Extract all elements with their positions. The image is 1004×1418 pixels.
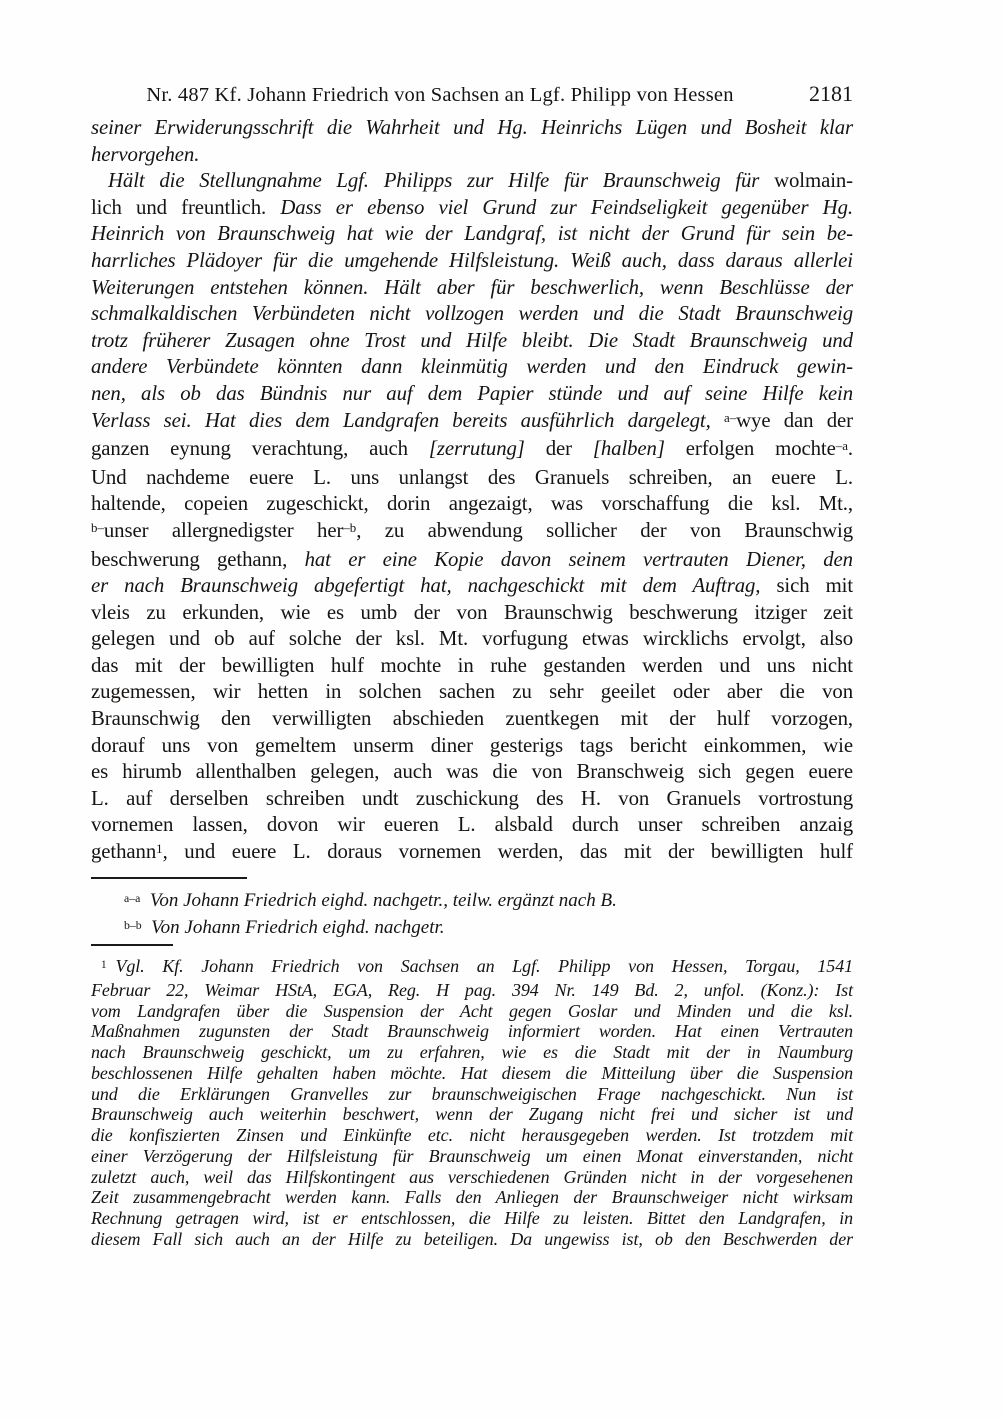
main-text-line: L. auf derselben schreiben undt zuschick… <box>91 786 853 813</box>
superscript-note-marker: a–a <box>124 892 140 905</box>
apparatus-note: b–b Von Johann Friedrich eighd. nachgetr… <box>91 915 853 942</box>
footnote-line: Rechnung getragen wird, ist er entschlos… <box>91 1208 853 1229</box>
text-run: L. auf derselben schreiben undt zuschick… <box>91 787 853 810</box>
text-run: nach Braunschweig geschickt, um zu erfah… <box>91 1042 853 1062</box>
text-run: Heinrich von Braunschweig hat wie der La… <box>91 222 853 245</box>
main-text-line: Verlass sei. Hat dies dem Landgrafen ber… <box>91 408 853 437</box>
footnote-line: diesem Fall sich auch an der Hilfe zu be… <box>91 1229 853 1250</box>
footnote-line: die konfiszierten Zinsen und Einkünfte e… <box>91 1125 853 1146</box>
main-text-line: lich und freuntlich. Dass er ebenso viel… <box>91 195 853 222</box>
superscript-note-marker: –a <box>836 439 848 453</box>
footnote-line: beschlossenen Hilfe gehalten haben möcht… <box>91 1063 853 1084</box>
main-text-line: zugemessen, wir hetten in solchen sachen… <box>91 679 853 706</box>
text-run: einer Verzögerung der Hilfsleistung für … <box>91 1146 853 1166</box>
text-run: beschlossenen Hilfe gehalten haben möcht… <box>91 1063 853 1083</box>
text-run: nen, als ob das Bündnis nur auf dem Papi… <box>91 382 853 405</box>
text-run: Braunschweig auch weiterhin beschwert, w… <box>91 1104 853 1124</box>
text-run: Von Johann Friedrich eighd. nachgetr., t… <box>140 890 617 911</box>
footnote-line: zuletzt auch, weil das Hilfskontingent a… <box>91 1167 853 1188</box>
main-text-line: nen, als ob das Bündnis nur auf dem Papi… <box>91 381 853 408</box>
running-header-title: Nr. 487 Kf. Johann Friedrich von Sachsen… <box>91 83 789 107</box>
text-run: Rechnung getragen wird, ist er entschlos… <box>91 1208 853 1228</box>
text-run: diesem Fall sich auch an der Hilfe zu be… <box>91 1229 853 1249</box>
text-run: dorauf uns von gemeltem unserm diner ges… <box>91 734 853 757</box>
footnote-line: einer Verzögerung der Hilfsleistung für … <box>91 1146 853 1167</box>
superscript-note-marker: –b <box>343 521 356 535</box>
main-text-line: Hält die Stellungnahme Lgf. Philipps zur… <box>91 168 853 195</box>
text-run: beschwerung gethann, <box>91 548 305 571</box>
main-text: seiner Erwiderungsschrift die Wahrheit u… <box>91 115 853 868</box>
text-run: das mit der bewilligten hulf mochte in r… <box>91 654 853 677</box>
main-text-line: haltende, copeien zugeschickt, dorin ang… <box>91 491 853 518</box>
text-run: unser allergnedigster her <box>104 519 343 542</box>
text-run: Verlass sei. Hat dies dem Landgrafen ber… <box>91 409 724 432</box>
main-text-line: Und nachdeme euere L. uns unlangst des G… <box>91 465 853 492</box>
footnote-line: und die Erklärungen Granvelles zur braun… <box>91 1084 853 1105</box>
text-run: Dass er ebenso viel Grund zur Feindselig… <box>280 196 853 219</box>
text-run: wolmain- <box>774 169 853 192</box>
superscript-note-marker: a– <box>724 411 736 425</box>
footnote-line: nach Braunschweig geschickt, um zu erfah… <box>91 1042 853 1063</box>
text-run: , und euere L. doraus vornemen werden, d… <box>163 840 853 863</box>
text-run: hervorgehen. <box>91 143 199 166</box>
footnote-separator-rule <box>91 944 173 946</box>
main-text-line: ganzen eynung verachtung, auch [zerrutun… <box>91 436 853 465</box>
text-run: zuletzt auch, weil das Hilfskontingent a… <box>91 1167 853 1187</box>
text-run: haltende, copeien zugeschickt, dorin ang… <box>91 492 853 515</box>
footnote-line: Braunschweig auch weiterhin beschwert, w… <box>91 1104 853 1125</box>
running-header: Nr. 487 Kf. Johann Friedrich von Sachsen… <box>91 82 853 107</box>
text-run: hat er eine Kopie davon seinem vertraute… <box>305 548 853 571</box>
text-run: [zerrutung] <box>429 437 525 460</box>
main-text-line: beschwerung gethann, hat er eine Kopie d… <box>91 547 853 574</box>
text-run: andere Verbündete könnten dann kleinmüti… <box>91 355 853 378</box>
main-text-line: das mit der bewilligten hulf mochte in r… <box>91 653 853 680</box>
text-run: seiner Erwiderungsschrift die Wahrheit u… <box>91 116 853 139</box>
text-run: der <box>525 437 593 460</box>
page-number: 2181 <box>789 82 853 106</box>
critical-apparatus: a–a Von Johann Friedrich eighd. nachgetr… <box>91 888 853 943</box>
text-run: sich mit <box>776 574 853 597</box>
superscript-note-marker: b– <box>91 521 104 535</box>
text-run: lich und freuntlich. <box>91 196 280 219</box>
main-text-line: b–unser allergnedigster her–b, zu abwend… <box>91 518 853 547</box>
text-run: vornemen lassen, dovon wir eueren L. als… <box>91 813 853 836</box>
text-run: Hält die Stellungnahme Lgf. Philipps zur… <box>108 169 774 192</box>
text-run: die konfiszierten Zinsen und Einkünfte e… <box>91 1125 853 1145</box>
main-text-line: vornemen lassen, dovon wir eueren L. als… <box>91 812 853 839</box>
text-run: Braunschwig den verwilligten abschieden … <box>91 707 853 730</box>
main-text-line: er nach Braunschweig abgefertigt hat, na… <box>91 573 853 600</box>
main-text-line: gethann1, und euere L. doraus vornemen w… <box>91 839 853 868</box>
main-text-line: Weiterungen entstehen können. Hält aber … <box>91 275 853 302</box>
text-run: Februar 22, Weimar HStA, EGA, Reg. H pag… <box>91 980 853 1000</box>
text-run: wye dan der <box>736 409 853 432</box>
main-text-line: Heinrich von Braunschweig hat wie der La… <box>91 221 853 248</box>
text-run: Zeit zusammengebracht werden kann. Falls… <box>91 1187 853 1207</box>
text-run: [halben] <box>593 437 665 460</box>
text-run: trotz früherer Zusagen ohne Trost und Hi… <box>91 329 853 352</box>
apparatus-separator-rule <box>91 877 247 879</box>
main-text-line: vleis zu erkunden, wie es umb der von Br… <box>91 600 853 627</box>
main-text-line: dorauf uns von gemeltem unserm diner ges… <box>91 733 853 760</box>
apparatus-note: a–a Von Johann Friedrich eighd. nachgetr… <box>91 888 853 915</box>
text-run: gethann <box>91 840 156 863</box>
text-run: zugemessen, wir hetten in solchen sachen… <box>91 680 853 703</box>
main-text-line: hervorgehen. <box>91 142 853 169</box>
text-run: vleis zu erkunden, wie es umb der von Br… <box>91 601 853 624</box>
main-text-line: Braunschwig den verwilligten abschieden … <box>91 706 853 733</box>
text-run: Und nachdeme euere L. uns unlangst des G… <box>91 466 853 489</box>
footnote-line: Zeit zusammengebracht werden kann. Falls… <box>91 1187 853 1208</box>
text-run: Maßnahmen zugunsten der Stadt Braunschwe… <box>91 1021 853 1041</box>
main-text-line: seiner Erwiderungsschrift die Wahrheit u… <box>91 115 853 142</box>
superscript-note-marker: 1 <box>101 959 107 971</box>
text-run: Vgl. Kf. Johann Friedrich von Sachsen an… <box>107 956 853 976</box>
text-run: harrliches Plädoyer für die umgehende Hi… <box>91 249 853 272</box>
main-text-line: schmalkaldischen Verbündeten nicht vollz… <box>91 301 853 328</box>
text-run: Von Johann Friedrich eighd. nachgetr. <box>142 917 445 938</box>
text-run: ganzen eynung verachtung, auch <box>91 437 429 460</box>
footnote-line: Februar 22, Weimar HStA, EGA, Reg. H pag… <box>91 980 853 1001</box>
superscript-note-marker: b–b <box>124 919 142 932</box>
superscript-note-marker: 1 <box>156 842 162 856</box>
text-run: vom Landgrafen über die Suspension der A… <box>91 1001 853 1021</box>
main-text-line: andere Verbündete könnten dann kleinmüti… <box>91 354 853 381</box>
text-run: . <box>848 437 853 460</box>
text-run: und die Erklärungen Granvelles zur braun… <box>91 1084 853 1104</box>
text-run: gelegen und ob auf solche der ksl. Mt. v… <box>91 627 853 650</box>
footnote-1: 1 Vgl. Kf. Johann Friedrich von Sachsen … <box>91 956 853 1250</box>
text-run: schmalkaldischen Verbündeten nicht vollz… <box>91 302 853 325</box>
main-text-line: es hirumb allenthalben gelegen, auch was… <box>91 759 853 786</box>
text-run: er nach Braunschweig abgefertigt hat, na… <box>91 574 776 597</box>
footnote-line: vom Landgrafen über die Suspension der A… <box>91 1001 853 1022</box>
main-text-line: gelegen und ob auf solche der ksl. Mt. v… <box>91 626 853 653</box>
main-text-line: harrliches Plädoyer für die umgehende Hi… <box>91 248 853 275</box>
footnote-line: Maßnahmen zugunsten der Stadt Braunschwe… <box>91 1021 853 1042</box>
main-text-line: trotz früherer Zusagen ohne Trost und Hi… <box>91 328 853 355</box>
text-run: Weiterungen entstehen können. Hält aber … <box>91 276 853 299</box>
book-page: Nr. 487 Kf. Johann Friedrich von Sachsen… <box>0 0 1004 1418</box>
text-run: erfolgen mochte <box>665 437 836 460</box>
footnote-line: 1 Vgl. Kf. Johann Friedrich von Sachsen … <box>91 956 853 980</box>
text-run: es hirumb allenthalben gelegen, auch was… <box>91 760 853 783</box>
text-run: , zu abwendung sollicher der von Braunsc… <box>356 519 853 542</box>
